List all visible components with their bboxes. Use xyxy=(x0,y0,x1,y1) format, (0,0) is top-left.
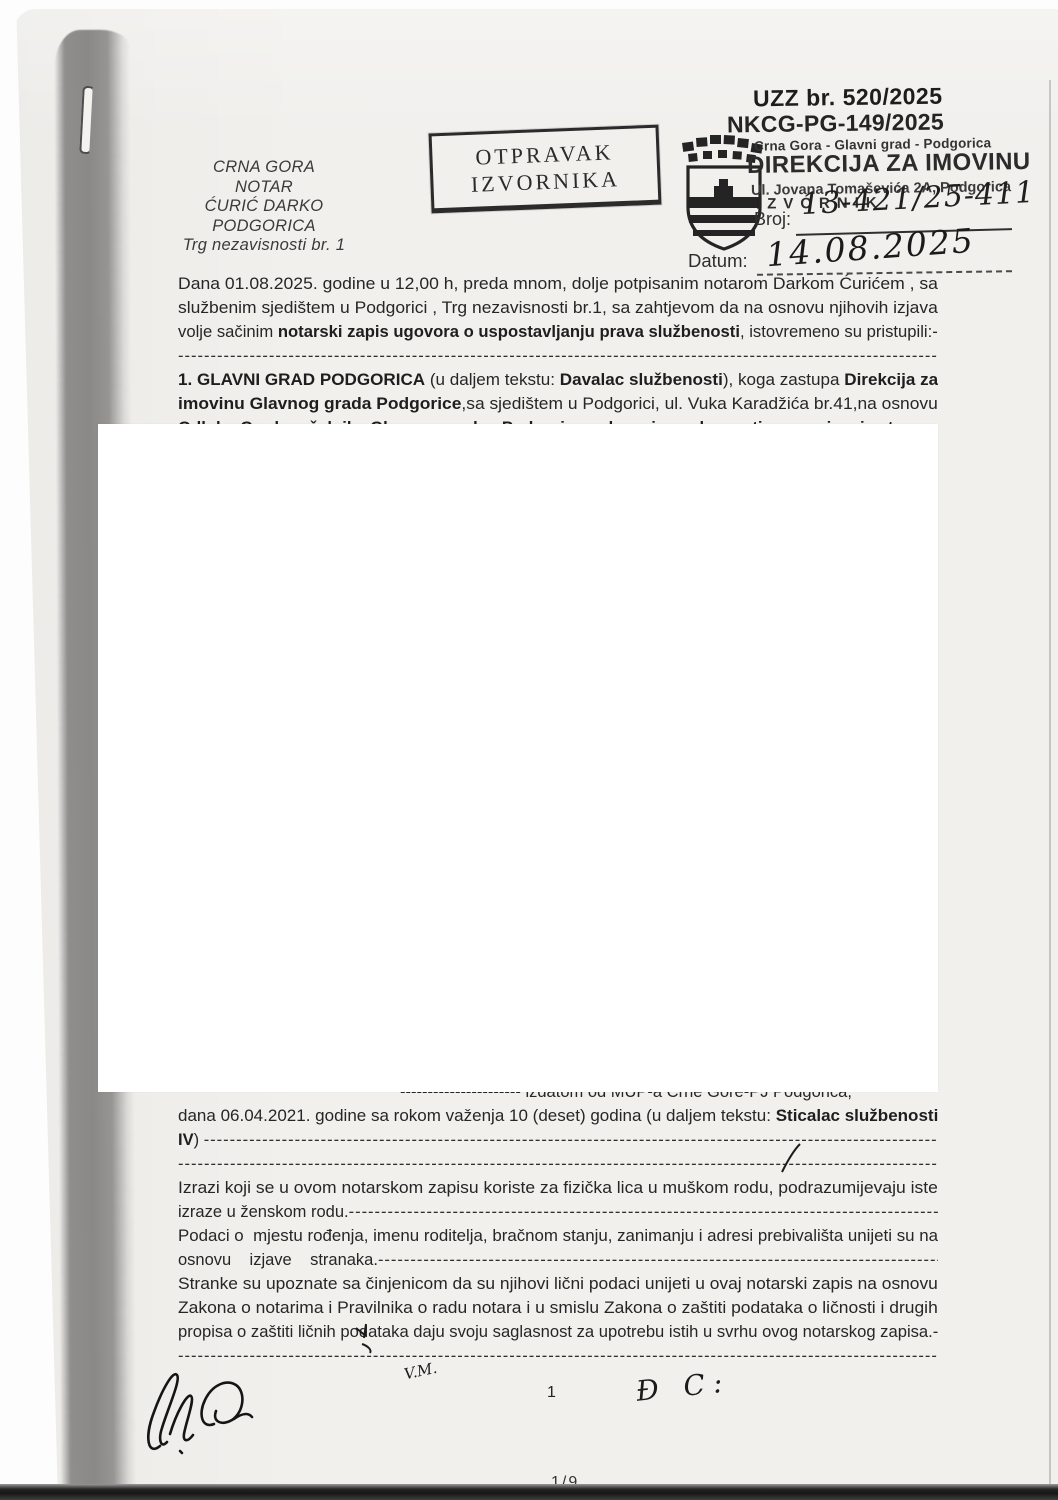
page-number: 1 xyxy=(547,1384,556,1402)
text-line: imovinu Glavnog grada Podgorice,sa sjedi… xyxy=(178,392,938,416)
text-line: Podaci o mjestu rođenja, imenu roditelja… xyxy=(178,1224,938,1248)
dash-fill: ----------------------------------------… xyxy=(178,344,938,368)
handwritten-signature xyxy=(146,1350,276,1470)
dash-fill: ----------------------------------------… xyxy=(204,1128,938,1152)
body-text-upper: Dana 01.08.2025. godine u 12,00 h, preda… xyxy=(178,272,938,440)
text-line: IV) ------------------------------------… xyxy=(178,1128,938,1152)
text-line: dana 06.04.2021. godine sa rokom važenja… xyxy=(178,1104,938,1128)
text-line: PODGORICA xyxy=(168,217,360,237)
body-text-lower: dana 06.04.2021. godine sa rokom važenja… xyxy=(178,1104,938,1368)
text-line: Izrazi koji se u ovom notarskom zapisu k… xyxy=(178,1176,938,1200)
pen-tick-mark xyxy=(778,1142,804,1179)
text-line: osnovu izjave stranaka.-----------------… xyxy=(178,1248,938,1272)
dashed-separator: ----------------------------------------… xyxy=(178,344,938,368)
uzz-case-number: UZZ br. 520/2025 xyxy=(753,83,943,113)
text-line: Trg nezavisnosti br. 1 xyxy=(168,236,360,256)
notary-header-block: CRNA GORANOTARĆURIĆ DARKOPODGORICATrg ne… xyxy=(168,158,360,256)
dash-fill: ----------------------------------------… xyxy=(178,1344,938,1368)
text-line: Zakona o notarima i Pravilnika o radu no… xyxy=(178,1296,938,1320)
text-line: NOTAR xyxy=(168,178,360,198)
text-line: propisa o zaštiti ličnih podataka daju s… xyxy=(178,1320,938,1344)
text-line: izraze u ženskom rodu.------------------… xyxy=(178,1200,938,1224)
text-line: CRNA GORA xyxy=(168,158,360,178)
pen-squiggle-mark xyxy=(352,1320,386,1359)
stamp-line: IZVORNIKA xyxy=(470,165,620,198)
datum-label: Datum: xyxy=(688,250,748,272)
otpravak-izvornika-stamp: OTPRAVAK IZVORNIKA xyxy=(429,125,662,214)
scan-bottom-edge xyxy=(0,1484,1058,1500)
text-line: Stranke su upoznate sa činjenicom da su … xyxy=(178,1272,938,1296)
dashed-separator: ----------------------------------------… xyxy=(178,1152,938,1176)
dash-fill: ----------------------------------------… xyxy=(378,1248,938,1272)
text-line: Dana 01.08.2025. godine u 12,00 h, preda… xyxy=(178,272,938,296)
page-right-edge xyxy=(1049,80,1051,1484)
text-line: službenim sjedištem u Podgorici , Trg ne… xyxy=(178,296,938,320)
dashed-separator: ----------------------------------------… xyxy=(178,1344,938,1368)
scanned-notarial-document-page: CRNA GORANOTARĆURIĆ DARKOPODGORICATrg ne… xyxy=(0,0,1058,1500)
dash-fill: ----------------------------------------… xyxy=(178,1152,938,1176)
white-redaction-overlay xyxy=(98,424,938,1092)
text-line: 1. GLAVNI GRAD PODGORICA (u daljem tekst… xyxy=(178,368,938,392)
stamp-directorate-name: DIREKCIJA ZA IMOVINU xyxy=(747,148,1031,180)
dash-fill: ----------------------------------------… xyxy=(349,1200,938,1224)
text-line: ĆURIĆ DARKO xyxy=(168,197,360,217)
text-line: volje sačinim notarski zapis ugovora o u… xyxy=(178,320,938,344)
